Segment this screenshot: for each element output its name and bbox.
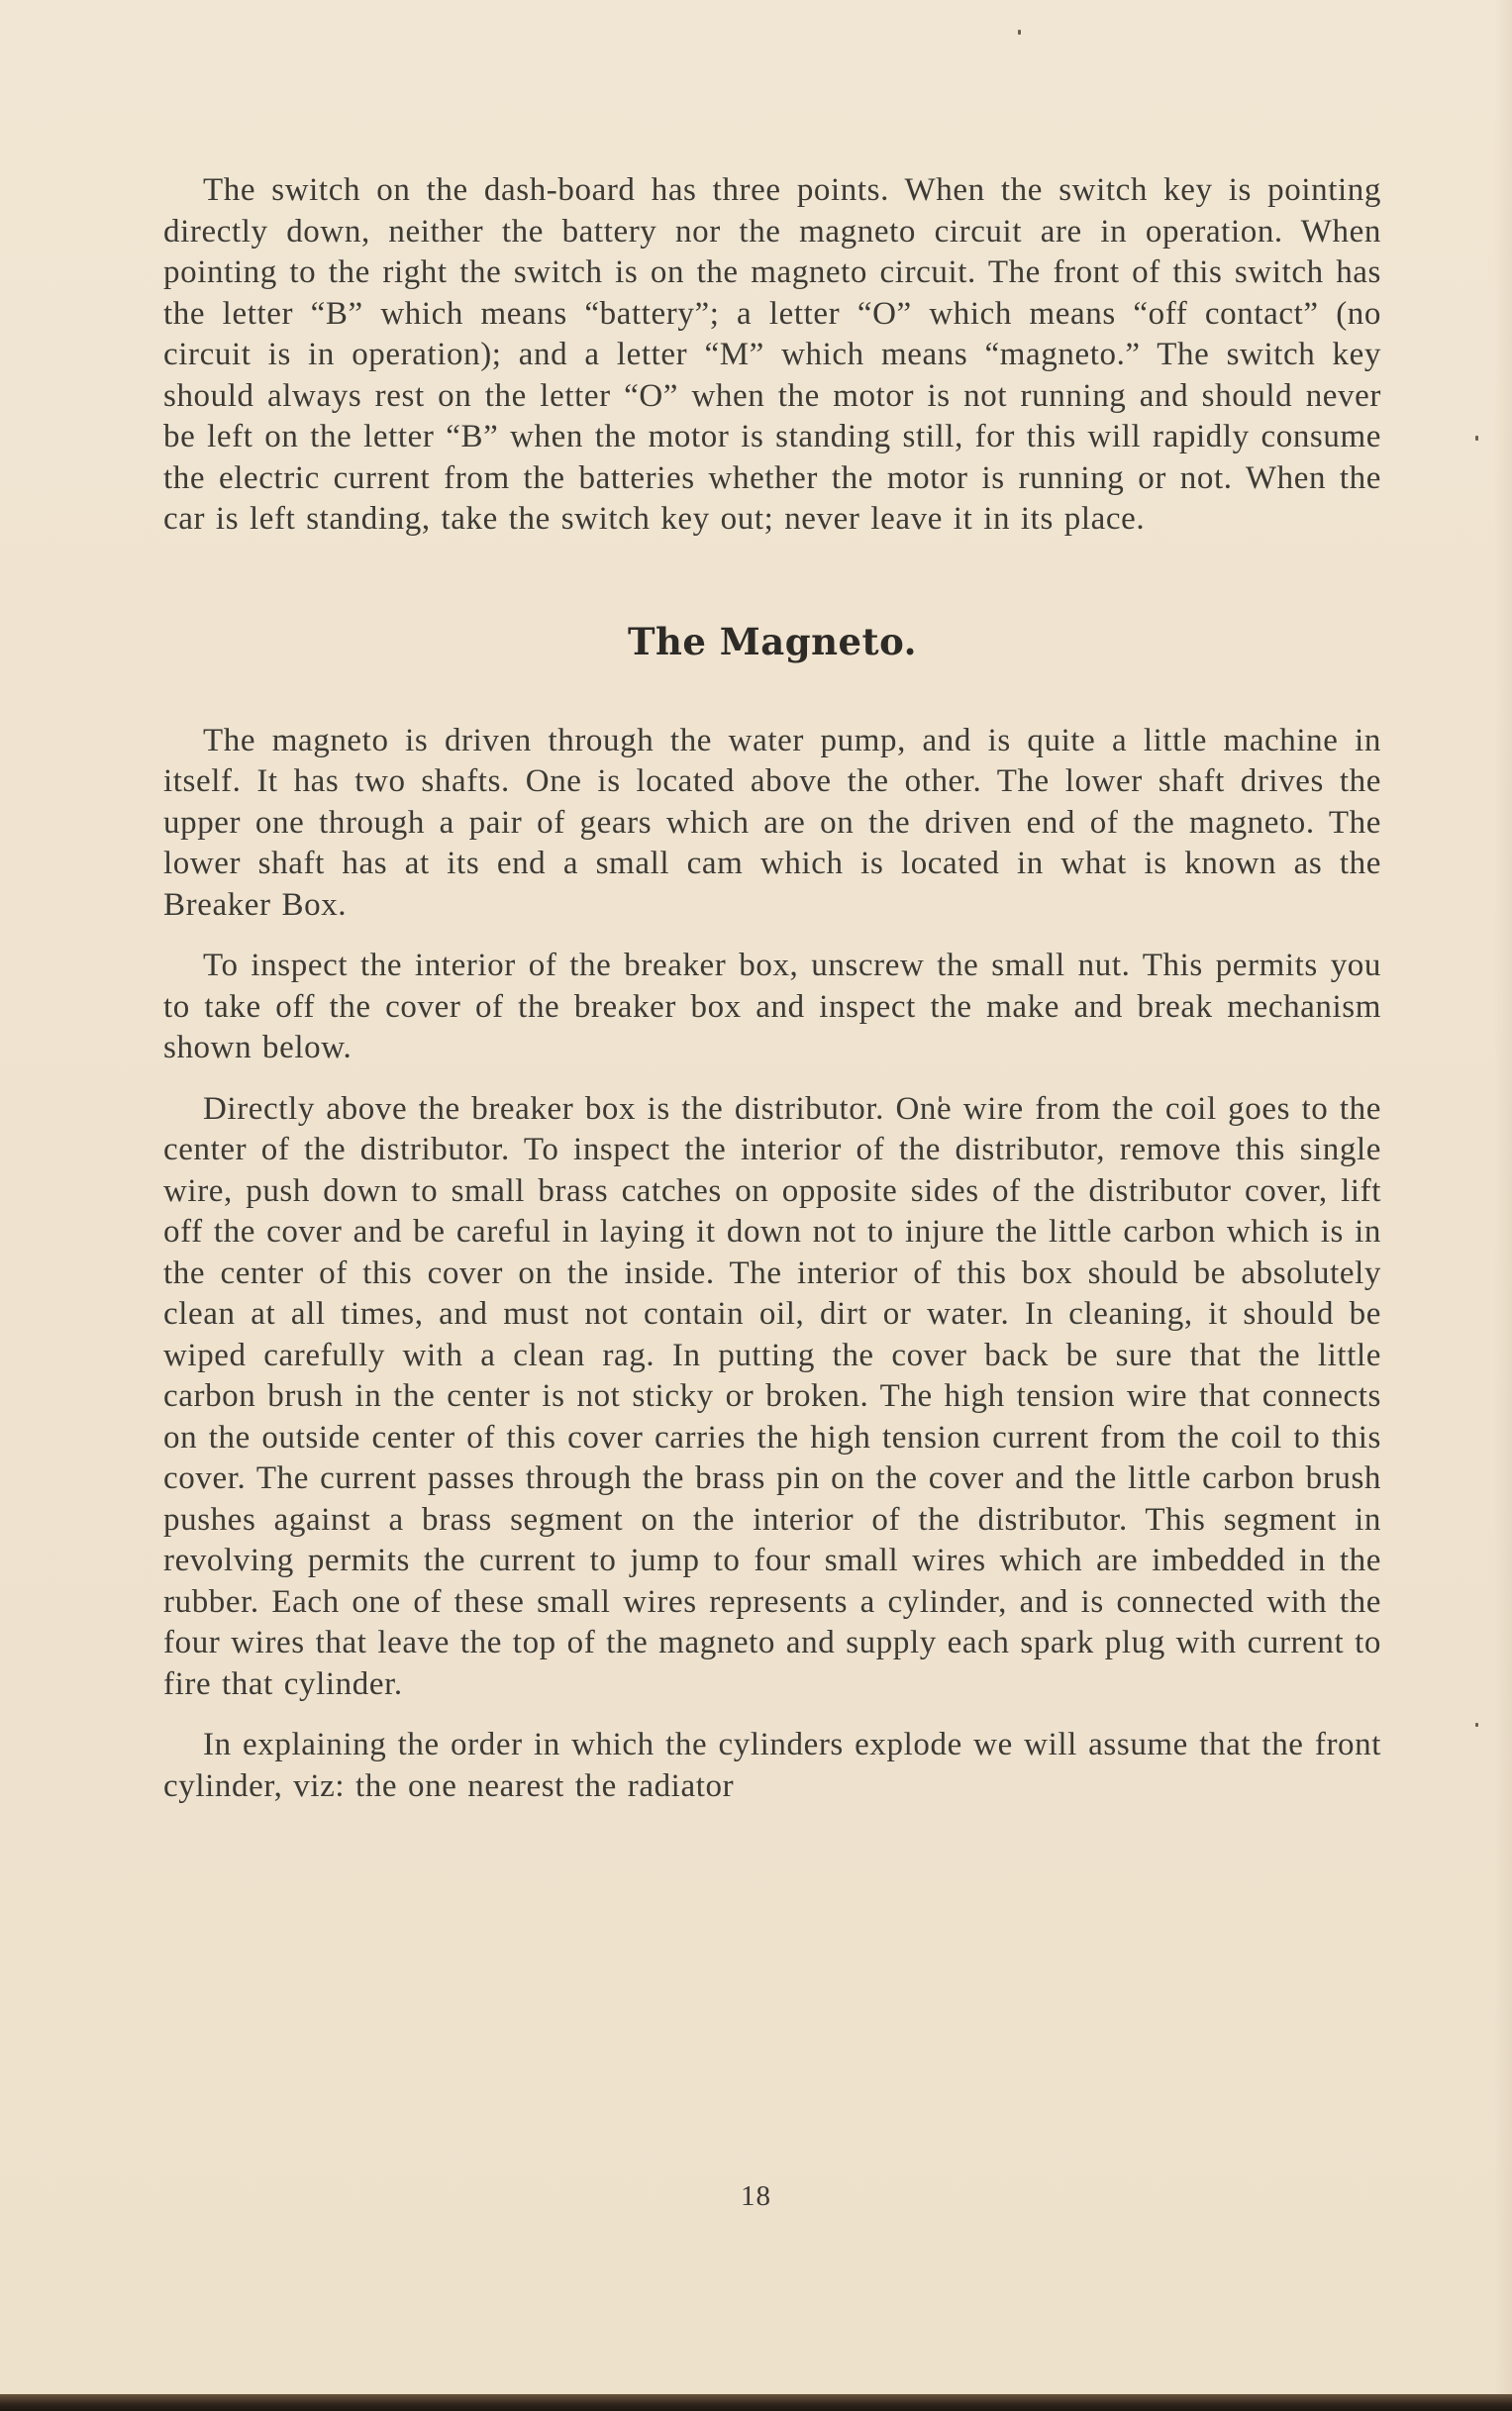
paper-speck — [1475, 1723, 1478, 1727]
paper-speck — [1475, 436, 1478, 441]
page-content: The switch on the dash-board has three p… — [163, 170, 1381, 1807]
paragraph-magneto-overview: The magneto is driven through the water … — [163, 721, 1381, 927]
paper-speck — [1018, 30, 1021, 35]
book-page: The switch on the dash-board has three p… — [0, 0, 1512, 2394]
page-number: 18 — [0, 2180, 1512, 2213]
book-cover-edge — [0, 2394, 1512, 2411]
paragraph-switch: The switch on the dash-board has three p… — [163, 170, 1381, 541]
paragraph-distributor: Directly above the breaker box is the di… — [163, 1089, 1381, 1706]
paragraph-firing-order: In explaining the order in which the cyl… — [163, 1725, 1381, 1807]
section-title: The Magneto. — [163, 620, 1381, 663]
paragraph-breaker-box: To inspect the interior of the breaker b… — [163, 946, 1381, 1069]
